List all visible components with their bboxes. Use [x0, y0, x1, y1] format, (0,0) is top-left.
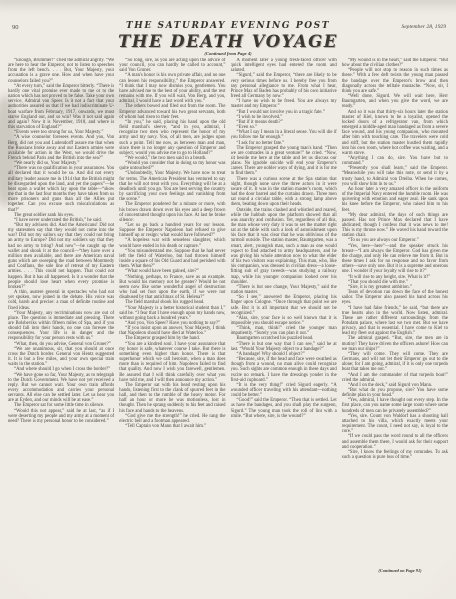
continued-on-note: (Continued on Page 91)	[345, 568, 455, 573]
paragraph: “So I see,” answered the Emperor, placin…	[231, 295, 337, 316]
paragraph: “Because, sire, if the head and face wer…	[231, 357, 337, 383]
paragraph: “It is the very thing!” cried Sigurd eag…	[231, 383, 337, 398]
magazine-page: 90 THE SATURDAY EVENING POST September 2…	[0, 0, 456, 599]
paragraph: “There is but one way that I can see,” s…	[231, 342, 337, 352]
paragraph: “Would you consider that in doing so my …	[119, 161, 225, 171]
paragraph: A thin, austere general in spectacles wh…	[8, 290, 114, 311]
paragraph: “And where should I go when I cross the …	[8, 367, 114, 372]
paragraph: “Would this not appear,” said he at last…	[8, 409, 114, 424]
paragraph: “What I say I mean in a literal sense. Y…	[231, 130, 337, 140]
paragraph: “My wound is in the heart,” said the Emp…	[342, 58, 448, 68]
paragraph: The Emperor grasped the young man's hand…	[231, 146, 337, 177]
paragraph: The admiral gasped. “But, sire, the men …	[342, 336, 448, 351]
paragraph: “Well done, Sigurd. We will wait here, H…	[342, 94, 448, 109]
paragraph: The others bowed and filed out from the …	[119, 104, 225, 119]
paragraph: “I have had false friends,” he said, “bu…	[342, 306, 448, 337]
paragraph: “Alas, sire, your face is so well known …	[231, 316, 337, 326]
text-column-1: “Enough, Brummer!” cried the admiral ang…	[8, 58, 114, 564]
paragraph: “My dear admiral, the days of such thing…	[342, 213, 448, 239]
paragraph: “You are a kindred soul. I have your ass…	[119, 342, 225, 383]
paragraph: “I have no wish to be freed. You are alw…	[231, 99, 337, 109]
paragraph: “Undoubtedly, Your Majesty. We have now …	[119, 171, 225, 202]
paragraph: “Yes, sire. Count von Waldorf has a shoo…	[342, 414, 448, 435]
paragraph: “Tell Captain von Mann that I await him.…	[119, 424, 225, 429]
article-title: THE DEATH VOYAGE	[0, 32, 456, 51]
paragraph: “But I would not involve you in a tragic…	[231, 110, 337, 115]
paragraph: “Good!” said the Emperor. “Then that is …	[231, 398, 337, 419]
paragraph: “They will come. They will come. They ar…	[342, 352, 448, 373]
paragraph: “In you,” he said, placing his hand upon…	[119, 120, 225, 156]
paragraph: “Sigurd,” said the Emperor, “there are l…	[231, 73, 337, 99]
paragraph: “If you insist upon an answer, Your Maje…	[119, 326, 225, 336]
paragraph: “We have gone so far, Your Majesty, as t…	[8, 373, 114, 404]
text-column-4: “My wound is in the heart,” said the Emp…	[342, 58, 448, 564]
text-column-2: “So long, sire, as you are acting upon t…	[119, 58, 225, 564]
paragraph: “But my advisers did. And the Americans!…	[8, 223, 114, 290]
masthead: THE SATURDAY EVENING POST	[0, 21, 456, 31]
paragraph: “You misunderstand me. Suppose that he h…	[119, 249, 225, 270]
paragraph: “But what do you propose, sire? You have…	[342, 388, 448, 398]
paragraph: “If we could pass the word round to all …	[342, 434, 448, 449]
paragraph: “Think, man, think!” cried the younger m…	[231, 326, 337, 336]
paragraph: “Presently you shall learn,” said the Em…	[342, 166, 448, 187]
paragraph: And so it was that thirty-six hours late…	[342, 110, 448, 156]
paragraph: “A wise counselor foresees events. And y…	[8, 135, 114, 161]
paragraph: “People will not stop to reason in such …	[342, 68, 448, 94]
paragraph: The Emperor pondered for a minute or mor…	[119, 202, 225, 223]
paragraph: “A man's honor is his own private affair…	[119, 73, 225, 104]
paragraph: “So long, sire, as you are acting upon t…	[119, 58, 225, 73]
paragraph: “God give me the strength!” he cried. He…	[119, 414, 225, 424]
paragraph: There was a curious scene at the Spa sta…	[231, 177, 337, 208]
paragraph: “We are unanimous, sir, that you should …	[8, 347, 114, 368]
paragraph: “A hopeless war with senseless slaughter…	[119, 238, 225, 248]
paragraph: The Emperor sat with his head resting up…	[119, 383, 225, 414]
issue-date: September 28, 1929	[401, 24, 446, 30]
text-column-3: A moment later a young fresh-faced offic…	[231, 58, 337, 564]
paragraph: A moment later a young fresh-faced offic…	[231, 58, 337, 73]
paragraph: “Yes, admiral, I have thought out every …	[342, 398, 448, 413]
paragraph: “Yes, here—here”—and the speaker struck …	[342, 244, 448, 275]
scan-edge-shadow	[0, 0, 456, 6]
paragraph: “Nothing, perhaps, to France, save as an…	[119, 275, 225, 301]
paragraph: “Anything I can do, sire. You have but t…	[342, 156, 448, 166]
paragraph: “At every turn,” said the Emperor bitter…	[8, 84, 114, 130]
paragraph: An hour later a very amazed officer in t…	[342, 187, 448, 213]
paragraph: “Your Majesty is a better historical stu…	[119, 306, 225, 321]
paragraph: “Sire, I know the feelings of my comrade…	[342, 450, 448, 460]
paragraph: “Your Majesty, any recriminations now ar…	[8, 311, 114, 342]
paragraph: “There was no qualification in your assu…	[8, 166, 114, 212]
paragraph: “And I am the commander of that torpedo …	[342, 373, 448, 383]
paragraph: Outside, the trains clashed and whistled…	[231, 208, 337, 285]
article-body: “Enough, Brummer!” cried the admiral ang…	[8, 58, 448, 564]
paragraph: “Let us go back a hundred years for our …	[119, 223, 225, 238]
paragraph: The Emperor sat for some little time in …	[8, 403, 114, 408]
paragraph: “What, then, do you advise, General von …	[8, 342, 114, 347]
paragraph: “There is but one change, Your Majesty,”…	[231, 285, 337, 295]
paragraph: “Enough, Brummer!” cried the admiral ang…	[8, 58, 114, 84]
continued-from-note: (Continued from Page 4)	[0, 51, 456, 56]
paragraph: Tears of devotion ran down the face of t…	[342, 290, 448, 305]
